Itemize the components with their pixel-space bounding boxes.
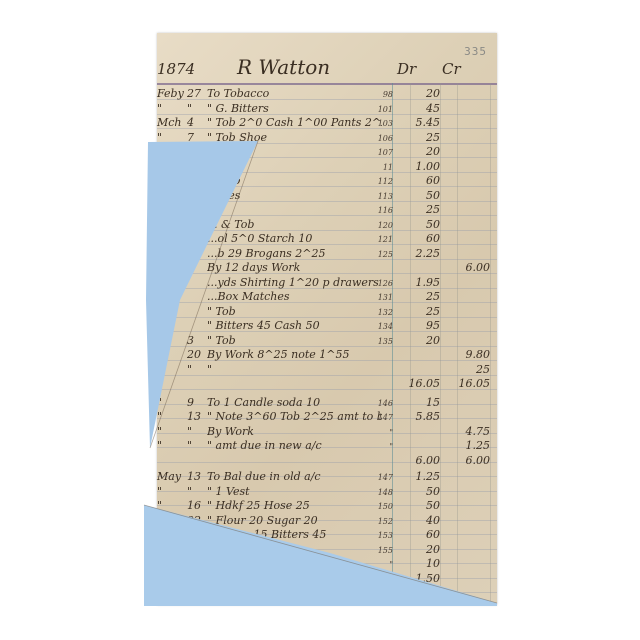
entry-folio: 101 <box>369 105 393 114</box>
entry-day: 27 <box>187 87 205 100</box>
subtotal-row: 6.75 <box>157 586 497 601</box>
entry-desc: " Tob 20 <box>207 543 382 556</box>
entry-desc: To Tobacco <box>207 87 382 100</box>
entry-folio: 159 <box>369 575 393 584</box>
entry-dr: 15 <box>395 396 440 409</box>
entry-folio: 150 <box>369 502 393 511</box>
entry-desc: Shoes <box>207 189 382 202</box>
entry-dr: 20 <box>395 334 440 347</box>
ledger-row: ...ol 5^0 Starch 1012160 <box>157 232 497 247</box>
entry-desc: " Tob <box>207 334 382 347</box>
entry-desc: " <box>207 363 382 376</box>
entry-folio: 126 <box>369 279 393 288</box>
total-dr: 6.00 <box>395 454 440 467</box>
credit-header: Cr <box>442 60 461 78</box>
ledger-row: """ G. Bitters10145 <box>157 102 497 117</box>
ledger-row: "13" Note 3^60 Tob 2^25 amt to bal1475.8… <box>157 410 497 425</box>
ledger-row: May13To Bal due in old a/c1471.25 <box>157 470 497 485</box>
entry-folio: 125 <box>369 250 393 259</box>
entry-day: " <box>187 363 205 376</box>
entry-desc: ...Box Matches <box>207 290 382 303</box>
entry-date: " <box>157 485 185 498</box>
entry-folio: 98 <box>369 90 393 99</box>
entry-day: 13 <box>187 410 205 423</box>
entry-dr: 60 <box>395 232 440 245</box>
account-name: R Watton <box>237 55 330 79</box>
entry-dr: 25 <box>395 290 440 303</box>
header-rule <box>157 83 497 85</box>
entry-date: " <box>157 514 185 527</box>
entry-dr: 50 <box>395 218 440 231</box>
entry-dr: 1.50 <box>395 572 440 585</box>
entry-dr: 50 <box>395 485 440 498</box>
entry-day: " <box>187 102 205 115</box>
ledger-row: 10720 <box>157 145 497 160</box>
ledger-page: 335 1874 R Watton Dr Cr Feby27To Tobacco… <box>157 33 497 605</box>
entry-desc: " Tob 2^0 Cash 1^00 Pants 2^25 <box>207 116 382 129</box>
entry-folio: 131 <box>369 293 393 302</box>
entry-desc: " Bacon 15 Bitters 45 <box>207 528 382 541</box>
entry-day: 9 <box>187 396 205 409</box>
entry-desc: By Work 8^25 note 1^55 <box>207 348 382 361</box>
ledger-row: ...yds Shirting 1^20 p drawers 751261.95 <box>157 276 497 291</box>
entry-day: " <box>187 439 205 452</box>
ledger-row: " Bitters 45 Cash 5013495 <box>157 319 497 334</box>
entry-folio: 107 <box>369 148 393 157</box>
ledger-row: """ 1 Vest14850 <box>157 485 497 500</box>
entry-dr: 40 <box>395 514 440 527</box>
entry-desc: " Bitters 45 Cash 50 <box>207 319 382 332</box>
entry-cr: 1.25 <box>445 439 490 452</box>
subtotal-row: 6.006.00 <box>157 454 497 469</box>
entry-date: Feby <box>157 87 185 100</box>
entry-date: " <box>157 102 185 115</box>
entry-desc: ...n <box>207 160 382 173</box>
entry-desc: " G. Bitters <box>207 102 382 115</box>
ledger-row: ""By Work"4.75 <box>157 425 497 440</box>
entry-day: " <box>187 485 205 498</box>
total-dr: 6.75 <box>395 586 440 599</box>
entry-dr: 5.85 <box>395 410 440 423</box>
total-cr: 6.00 <box>445 454 490 467</box>
entry-day: 22 <box>187 514 205 527</box>
entry-date: Mch <box>157 116 185 129</box>
entry-date: " <box>157 396 185 409</box>
entry-day: 13 <box>187 470 205 483</box>
entry-desc: " amt due in new a/c <box>207 439 382 452</box>
entry-folio: 120 <box>369 221 393 230</box>
ledger-row: 1591.50 <box>157 572 497 587</box>
page-number: 335 <box>464 45 487 58</box>
subtotal-row: 16.0516.05 <box>157 377 497 392</box>
entry-desc: " Note 3^60 Tob 2^25 amt to bal <box>207 410 382 423</box>
entry-day: 7 <box>187 131 205 144</box>
ledger-row: "9To 1 Candle soda 1014615 <box>157 396 497 411</box>
entry-cr: 4.75 <box>445 425 490 438</box>
entry-desc: ...l <box>207 203 382 216</box>
entry-day: 23 <box>187 528 205 541</box>
ledger-row: 20By Work 8^25 note 1^559.80 <box>157 348 497 363</box>
entry-cr: 6.00 <box>445 261 490 274</box>
ledger-row: ... & Tob12050 <box>157 218 497 233</box>
total-cr: 16.05 <box>445 377 490 390</box>
ledger-row: "7" Tob Shoe10625 <box>157 131 497 146</box>
entry-folio: 106 <box>369 134 393 143</box>
entry-dr: 60 <box>395 174 440 187</box>
entry-folio: 121 <box>369 235 393 244</box>
entry-dr: 10 <box>395 557 440 570</box>
entry-folio: 135 <box>369 337 393 346</box>
ledger-row: Mch4" Tob 2^0 Cash 1^00 Pants 2^251035.4… <box>157 116 497 131</box>
entry-dr: 25 <box>395 131 440 144</box>
entry-folio: " <box>369 428 393 437</box>
debit-header: Dr <box>397 60 416 78</box>
ledger-row: ...l11625 <box>157 203 497 218</box>
entry-day: 16 <box>187 499 205 512</box>
ledger-row: """ amt due in new a/c"1.25 <box>157 439 497 454</box>
entry-desc: ...ol 5^0 Starch 10 <box>207 232 382 245</box>
entry-folio: 11 <box>369 163 393 172</box>
entry-dr: 1.25 <box>395 470 440 483</box>
entry-dr: 95 <box>395 319 440 332</box>
entry-folio: 132 <box>369 308 393 317</box>
entry-folio: 155 <box>369 546 393 555</box>
entry-dr: 60 <box>395 528 440 541</box>
entry-desc: ... & Tob <box>207 218 382 231</box>
ledger-row: ""25 <box>157 363 497 378</box>
entry-dr: 1.95 <box>395 276 440 289</box>
entry-desc: " Tob Shoe <box>207 131 382 144</box>
entry-folio: 152 <box>369 517 393 526</box>
entry-folio: 134 <box>369 322 393 331</box>
ledger-row: 3" Tob13520 <box>157 334 497 349</box>
entry-date: " <box>157 528 185 541</box>
entry-folio: " <box>369 442 393 451</box>
entry-dr: 25 <box>395 305 440 318</box>
entry-folio: 147 <box>369 473 393 482</box>
entry-desc: Syrup <box>207 174 382 187</box>
entry-day: 3 <box>187 334 205 347</box>
ledger-row: By 12 days Work6.00 <box>157 261 497 276</box>
entry-dr: 50 <box>395 189 440 202</box>
total-dr: 16.05 <box>395 377 440 390</box>
entry-desc: By 12 days Work <box>207 261 382 274</box>
entry-folio: " <box>369 560 393 569</box>
entry-desc: " Flour 20 Sugar 20 <box>207 514 382 527</box>
ledger-row: "22" Flour 20 Sugar 2015240 <box>157 514 497 529</box>
ledger-row: "16" Hdkf 25 Hose 2515050 <box>157 499 497 514</box>
entry-dr: 20 <box>395 543 440 556</box>
entry-date: " <box>157 499 185 512</box>
entry-desc: ...yds Shirting 1^20 p drawers 75 <box>207 276 382 289</box>
entry-dr: 20 <box>395 145 440 158</box>
entry-day: " <box>187 425 205 438</box>
ledger-row: Shoes11350 <box>157 189 497 204</box>
entry-desc: By Work <box>207 425 382 438</box>
entry-folio: 112 <box>369 177 393 186</box>
entry-dr: 20 <box>395 87 440 100</box>
entry-date: " <box>157 439 185 452</box>
ledger-row: Feby27To Tobacco9820 <box>157 87 497 102</box>
entry-day: 4 <box>187 116 205 129</box>
entry-folio: 146 <box>369 399 393 408</box>
entry-desc: " Hdkf 25 Hose 25 <box>207 499 382 512</box>
entry-folio: 113 <box>369 192 393 201</box>
entry-folio: 116 <box>369 206 393 215</box>
entry-date: " <box>157 131 185 144</box>
entry-cr: 25 <box>445 363 490 376</box>
entry-desc: " Tob <box>207 305 382 318</box>
year-heading: 1874 <box>157 60 195 78</box>
ledger-row: ...n111.00 <box>157 160 497 175</box>
ledger-row: ...Box Matches13125 <box>157 290 497 305</box>
entry-dr: 5.45 <box>395 116 440 129</box>
entry-cr: 9.80 <box>445 348 490 361</box>
entry-day: 20 <box>187 348 205 361</box>
entry-desc: To Bal due in old a/c <box>207 470 382 483</box>
entry-desc: " 1 Vest <box>207 485 382 498</box>
entry-date: " <box>157 425 185 438</box>
entry-folio: 103 <box>369 119 393 128</box>
entry-dr: 50 <box>395 499 440 512</box>
ledger-row: " Tob 2015520 <box>157 543 497 558</box>
entry-dr: 45 <box>395 102 440 115</box>
ledger-row: Syrup11260 <box>157 174 497 189</box>
ledger-row: "10 <box>157 557 497 572</box>
entry-dr: 25 <box>395 203 440 216</box>
entry-folio: 147 <box>369 413 393 422</box>
entry-date: May <box>157 470 185 483</box>
ledger-row: " Tob13225 <box>157 305 497 320</box>
ledger-row: ...b 29 Brogans 2^251252.25 <box>157 247 497 262</box>
entry-folio: 148 <box>369 488 393 497</box>
ledger-row: "23" Bacon 15 Bitters 4515360 <box>157 528 497 543</box>
entry-folio: 153 <box>369 531 393 540</box>
entry-dr: 1.00 <box>395 160 440 173</box>
entry-desc: To 1 Candle soda 10 <box>207 396 382 409</box>
entry-desc: ...b 29 Brogans 2^25 <box>207 247 382 260</box>
entry-date: " <box>157 410 185 423</box>
entry-dr: 2.25 <box>395 247 440 260</box>
